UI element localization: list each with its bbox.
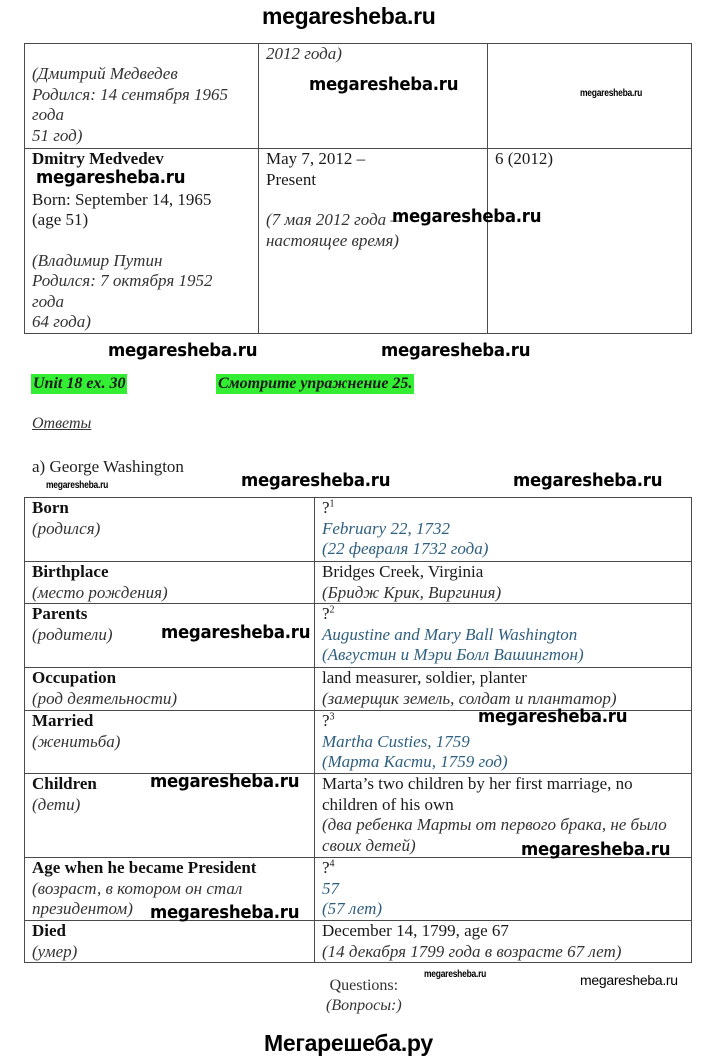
fact-label: Occupation: [32, 668, 314, 689]
watermark: megaresheba.ru: [36, 167, 185, 188]
cell-line: May 7, 2012 –: [266, 149, 487, 170]
fact-value: February 22, 1732: [322, 519, 691, 540]
fact-label-ru: (умер): [32, 942, 314, 963]
cell-line: Родился: 7 октября 1952: [32, 271, 258, 292]
watermark: megaresheba.ru: [424, 969, 486, 980]
fact-value-cell: ?2Augustine and Mary Ball Washington(Авг…: [315, 604, 692, 668]
questions-label-en: Questions:: [326, 976, 402, 996]
fact-value: 57: [322, 879, 691, 900]
fact-value-ru: (57 лет): [322, 899, 691, 920]
fact-label-cell: Married(женитьба): [25, 711, 315, 774]
cell-line: Present: [266, 170, 487, 191]
fact-label-ru: (род деятельности): [32, 689, 314, 710]
see-exercise-note: Смотрите упражнение 25.: [216, 374, 414, 394]
watermark: megaresheba.ru: [521, 839, 670, 860]
question-marker: ?1: [322, 498, 691, 519]
header-watermark: megaresheba.ru: [262, 3, 436, 30]
fact-value-cell: December 14, 1799, age 67(14 декабря 179…: [315, 921, 692, 963]
table-row: Died(умер)December 14, 1799, age 67(14 д…: [25, 921, 692, 963]
watermark: megaresheba.ru: [309, 74, 458, 95]
cell-line: 51 год): [32, 126, 258, 147]
cell-medvedev-ru: (Дмитрий Медведев Родился: 14 сентября 1…: [25, 44, 259, 149]
cell-term-ru-end: 2012 года): [259, 44, 488, 149]
question-marker: ?2: [322, 604, 691, 625]
cell-line: года: [32, 292, 258, 313]
watermark: megaresheba.ru: [580, 88, 642, 99]
cell-line: настоящее время): [266, 231, 487, 252]
fact-label: Born: [32, 498, 314, 519]
fact-value: Marta’s two children by her first marria…: [322, 774, 691, 815]
watermark: megaresheba.ru: [46, 480, 108, 491]
watermark: megaresheba.ru: [241, 470, 390, 491]
fact-value-ru: (22 февраля 1732 года): [322, 539, 691, 560]
table-row: Birthplace(место рождения)Bridges Creek,…: [25, 562, 692, 604]
table-row: Parents(родители)?2Augustine and Mary Ba…: [25, 604, 692, 668]
fact-value-ru: (14 декабря 1799 года в возрасте 67 лет): [322, 942, 691, 963]
cell-line: 2012 года): [266, 44, 487, 65]
fact-value-cell: ?1February 22, 1732(22 февраля 1732 года…: [315, 498, 692, 562]
questions-label: Questions: (Вопросы:): [326, 976, 402, 1016]
fact-value: Bridges Creek, Virginia: [322, 562, 691, 583]
subheading: a) George Washington: [32, 457, 184, 477]
cell-line: (Владимир Путин: [32, 251, 258, 272]
answers-heading: Ответы: [32, 415, 91, 433]
fact-value-cell: Bridges Creek, Virginia(Бридж Крик, Вирг…: [315, 562, 692, 604]
watermark: megaresheba.ru: [150, 771, 299, 792]
fact-value: Martha Custies, 1759: [322, 732, 691, 753]
fact-label: Died: [32, 921, 314, 942]
cell-line: 6 (2012): [495, 149, 691, 170]
fact-value-cell: land measurer, soldier, planter(замерщик…: [315, 668, 692, 711]
fact-label-cell: Born(родился): [25, 498, 315, 562]
cell-line: (age 51): [32, 210, 258, 231]
fact-value-cell: ?457(57 лет): [315, 858, 692, 921]
watermark: megaresheba.ru: [392, 206, 541, 227]
cell-line: года: [32, 105, 258, 126]
watermark: megaresheba.ru: [150, 902, 299, 923]
cell-number: 6 (2012): [488, 149, 692, 334]
unit-label: Unit 18 ex. 30: [31, 374, 127, 394]
fact-label: Birthplace: [32, 562, 314, 583]
watermark: megaresheba.ru: [580, 972, 678, 988]
fact-value-ru: (Августин и Мэри Болл Вашингтон): [322, 645, 691, 666]
washington-facts-table: Born(родился)?1February 22, 1732(22 февр…: [24, 497, 692, 963]
fact-label-ru: (дети): [32, 795, 314, 816]
cell-line: Родился: 14 сентября 1965: [32, 85, 258, 106]
fact-value: Augustine and Mary Ball Washington: [322, 625, 691, 646]
watermark: megaresheba.ru: [513, 470, 662, 491]
watermark: megaresheba.ru: [381, 340, 530, 361]
cell-line: Born: September 14, 1965: [32, 190, 258, 211]
table-row: Age when he became President(возраст, в …: [25, 858, 692, 921]
fact-label-ru: (место рождения): [32, 583, 314, 604]
fact-label-cell: Birthplace(место рождения): [25, 562, 315, 604]
fact-value-ru: (Бридж Крик, Виргиния): [322, 583, 691, 604]
fact-value: December 14, 1799, age 67: [322, 921, 691, 942]
cell-term: May 7, 2012 – Present (7 мая 2012 года –…: [259, 149, 488, 334]
cell-line: 64 года): [32, 312, 258, 333]
fact-label-cell: Died(умер): [25, 921, 315, 963]
fact-label-cell: Occupation(род деятельности): [25, 668, 315, 711]
question-marker: ?4: [322, 858, 691, 879]
fact-label-ru: (родился): [32, 519, 314, 540]
questions-label-ru: (Вопросы:): [326, 996, 402, 1016]
table-row: Occupation(род деятельности)land measure…: [25, 668, 692, 711]
fact-label: Age when he became President: [32, 858, 314, 879]
cell-line: (Дмитрий Медведев: [32, 64, 258, 85]
watermark: megaresheba.ru: [108, 340, 257, 361]
fact-value: land measurer, soldier, planter: [322, 668, 691, 689]
fact-label: Married: [32, 711, 314, 732]
footer-watermark: Мегарешеба.ру: [264, 1030, 433, 1057]
fact-label-ru: (женитьба): [32, 732, 314, 753]
table-row: Born(родился)?1February 22, 1732(22 февр…: [25, 498, 692, 562]
watermark: megaresheba.ru: [478, 706, 627, 727]
fact-value-ru: (Марта Касти, 1759 год): [322, 752, 691, 773]
watermark: megaresheba.ru: [161, 622, 310, 643]
